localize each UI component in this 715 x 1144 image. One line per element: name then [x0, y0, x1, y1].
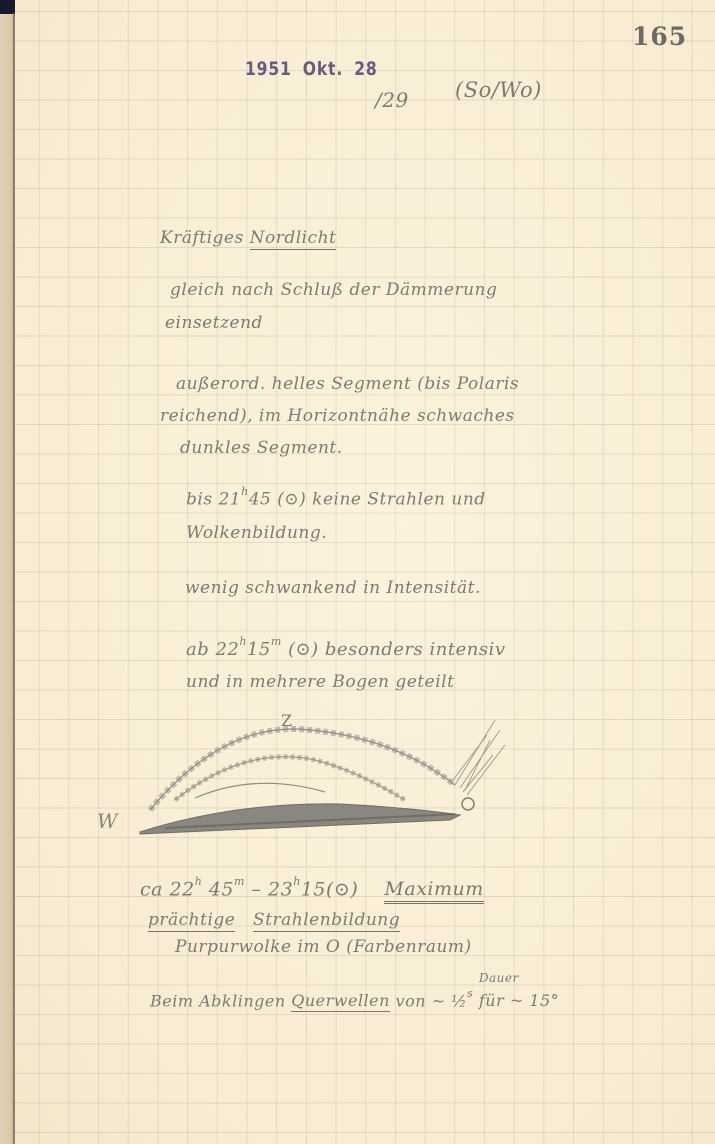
west-label: W: [97, 809, 119, 833]
entry-line: prächtige Strahlenbildung: [148, 910, 400, 930]
entry-line-time: bis 21h45 (⊙) keine Strahlen und: [186, 488, 486, 510]
aurora-sketch: Z W: [95, 700, 515, 850]
entry-line: einsetzend: [165, 313, 263, 333]
entry-title: Kräftiges Nordlicht: [160, 228, 336, 248]
notebook-spine: [0, 0, 14, 1144]
entry-line-querwellen: Beim Abklingen Querwellen von ~ ½s Dauer…: [150, 990, 559, 1010]
entry-line: wenig schwankend in Intensität.: [185, 578, 481, 598]
date-stamp: 1951 Okt. 28: [245, 58, 378, 80]
entry-line-maximum: ca 22h 45m – 23h15(⊙) Maximum: [140, 878, 484, 900]
page-number: 165: [632, 22, 687, 51]
entry-line: Wolkenbildung.: [186, 523, 327, 543]
entry-line: außerord. helles Segment (bis Polaris: [176, 374, 519, 394]
entry-line: dunkles Segment.: [180, 438, 343, 458]
notebook-page: [15, 0, 715, 1144]
maximum-emphasis: Maximum: [384, 878, 483, 904]
entry-line-time: ab 22h15m (⊙) besonders intensiv: [186, 638, 505, 660]
entry-line: und in mehrere Bogen geteilt: [186, 672, 454, 692]
entry-line: reichend), im Horizontnähe schwaches: [160, 406, 515, 426]
observer-initials: (So/Wo): [455, 78, 542, 102]
entry-line: Purpurwolke im O (Farbenraum): [175, 937, 472, 957]
underlined-word: Nordlicht: [250, 228, 337, 250]
entry-line: gleich nach Schluß der Dämmerung: [170, 280, 497, 300]
date-suffix: /29: [375, 88, 409, 112]
